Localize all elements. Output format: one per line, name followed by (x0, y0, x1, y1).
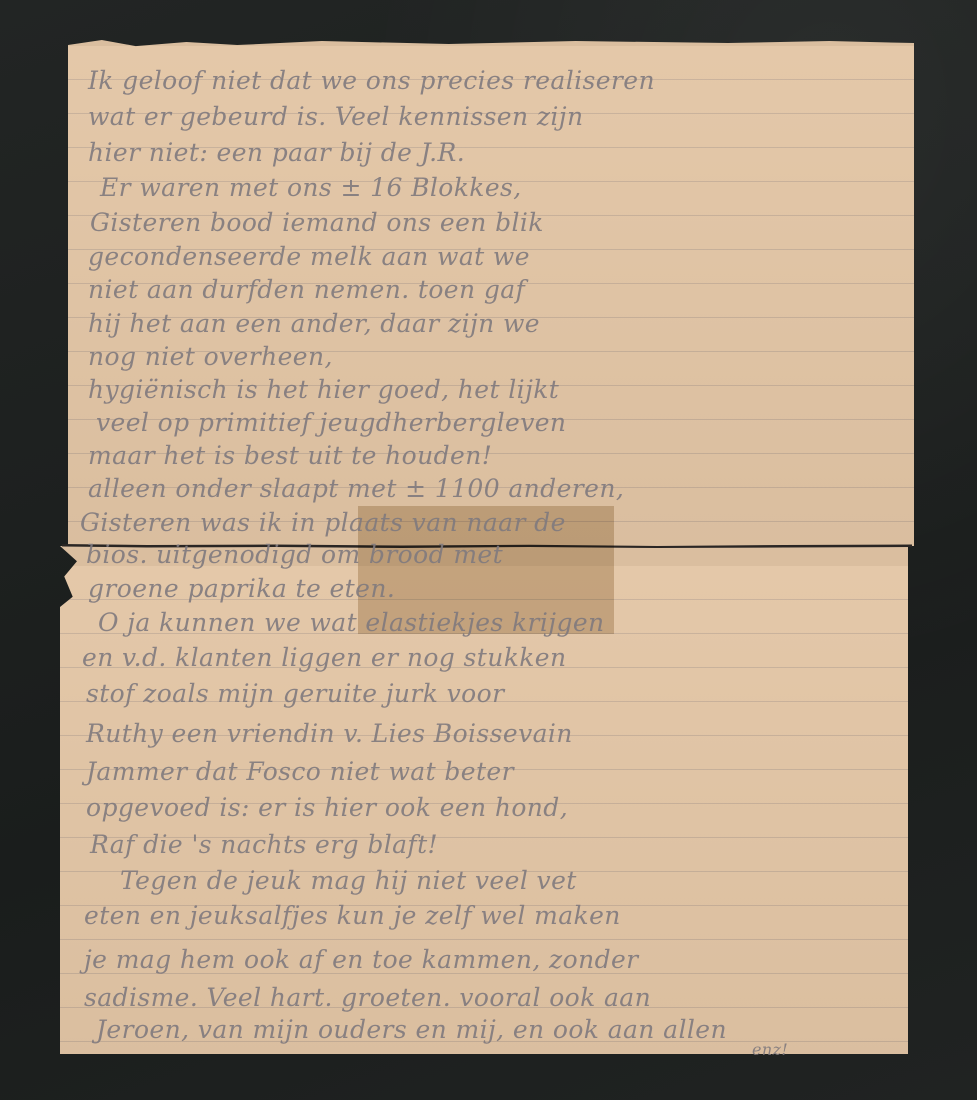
text-line: Raf die 's nachts erg blaft! (90, 830, 438, 859)
text-line: niet aan durfden nemen. toen gaf (88, 275, 525, 304)
text-line: Gisteren bood iemand ons een blik (90, 208, 544, 237)
text-line: Jammer dat Fosco niet wat beter (86, 757, 514, 786)
text-line: wat er gebeurd is. Veel kennissen zijn (88, 102, 583, 131)
text-line: Ik geloof niet dat we ons precies realis… (88, 66, 655, 95)
text-line: alleen onder slaapt met ± 1100 anderen, (88, 474, 624, 503)
text-line: sadisme. Veel hart. groeten. vooral ook … (84, 983, 651, 1012)
text-line: groene paprika te eten. (88, 574, 395, 603)
text-line: en v.d. klanten liggen er nog stukken (82, 643, 567, 672)
text-line: Tegen de jeuk mag hij niet veel vet (120, 866, 577, 895)
text-line: Jeroen, van mijn ouders en mij, en ook a… (96, 1015, 727, 1044)
text-line: hygiënisch is het hier goed, het lijkt (88, 375, 559, 404)
text-line: Er waren met ons ± 16 Blokkes, (100, 173, 522, 202)
text-line: bios. uitgenodigd om brood met (86, 540, 503, 569)
text-line: opgevoed is: er is hier ook een hond, (86, 793, 568, 822)
text-line: veel op primitief jeugdherbergleven (96, 408, 566, 437)
text-line: hij het aan een ander, daar zijn we (88, 309, 540, 338)
text-line: eten en jeuksalfjes kun je zelf wel make… (84, 901, 621, 930)
text-line: Ruthy een vriendin v. Lies Boissevain (86, 719, 573, 748)
text-line: je mag hem ook af en toe kammen, zonder (84, 945, 639, 974)
text-line: Gisteren was ik in plaats van naar de (80, 508, 566, 537)
text-line: O ja kunnen we wat elastiekjes krijgen (98, 608, 605, 637)
text-line: gecondenseerde melk aan wat we (88, 242, 530, 271)
text-line: nog niet overheen, (88, 342, 333, 371)
text-line: stof zoals mijn geruite jurk voor (86, 679, 504, 708)
text-line: hier niet: een paar bij de J.R. (88, 138, 465, 167)
text-line: maar het is best uit te houden! (88, 441, 492, 470)
text-line: enz! (752, 1040, 788, 1059)
